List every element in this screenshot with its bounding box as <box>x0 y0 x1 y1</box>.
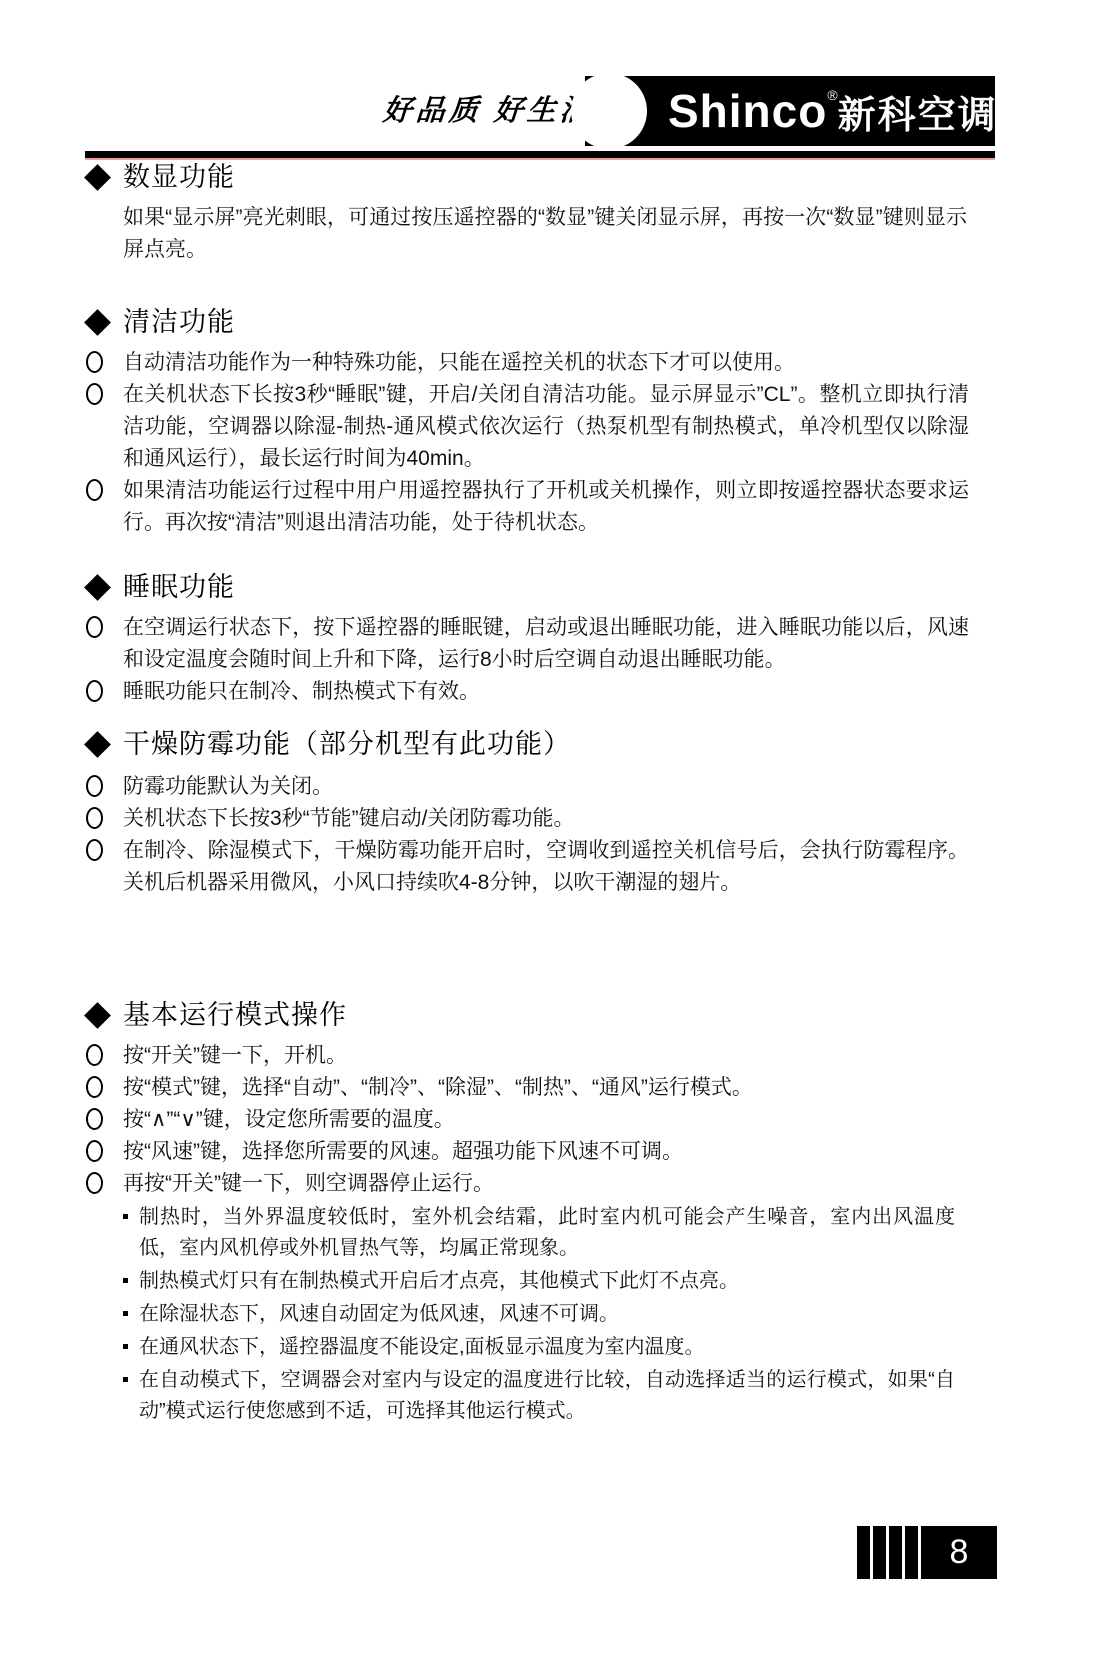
notes-list: 制热时，当外界温度较低时，室外机会结霜，此时室内机可能会产生噪音，室内出风温度低… <box>123 1202 995 1429</box>
note-item: 制热模式灯只有在制热模式开启后才点亮，其他模式下此灯不点亮。 <box>123 1266 995 1299</box>
footer-bar-icon <box>889 1526 902 1579</box>
section-title: 清洁功能 <box>123 305 235 339</box>
section-dry-antimold: 干燥防霉功能（部分机型有此功能） 防霉功能默认为关闭。 关机状态下长按3秒“节能… <box>85 727 995 899</box>
brand-logo: Shinco®新科空调 <box>668 76 998 146</box>
list-item-text: 关机状态下长按3秒“节能”键启动/关闭防霉功能。 <box>123 803 995 835</box>
diamond-bullet-icon <box>84 574 111 601</box>
brand-name-en: Shinco <box>668 84 827 138</box>
section-digital-display: 数显功能 如果“显示屏”亮光刺眼，可通过按压遥控器的“数显”键关闭显示屏，再按一… <box>85 160 995 266</box>
list-item: 睡眠功能只在制冷、制热模式下有效。 <box>85 676 995 708</box>
footer-bar-icon <box>905 1526 918 1579</box>
dot-bullet-icon <box>123 1377 128 1382</box>
section-title: 基本运行模式操作 <box>123 998 347 1032</box>
circle-bullet-icon <box>86 1108 103 1130</box>
note-item: 制热时，当外界温度较低时，室外机会结霜，此时室内机可能会产生噪音，室内出风温度低… <box>123 1202 995 1266</box>
list-item-text: 按“开关”键一下，开机。 <box>123 1040 995 1072</box>
page-number-badge: 8 <box>921 1526 997 1579</box>
list-item: 关机状态下长按3秒“节能”键启动/关闭防霉功能。 <box>85 803 995 835</box>
footer-bar-icon <box>857 1526 870 1579</box>
list-item-text: 防霉功能默认为关闭。 <box>123 771 995 803</box>
list-item: 在关机状态下长按3秒“睡眠”键，开启/关闭自清洁功能。显示屏显示”CL”。整机立… <box>85 379 995 475</box>
circle-bullet-icon <box>86 1172 103 1194</box>
list-item: 自动清洁功能作为一种特殊功能，只能在遥控关机的状态下才可以使用。 <box>85 347 995 379</box>
dot-bullet-icon <box>123 1214 128 1219</box>
note-item: 在自动模式下，空调器会对室内与设定的温度进行比较，自动选择适当的运行模式，如果“… <box>123 1365 995 1429</box>
footer-bar-icon <box>873 1526 886 1579</box>
diamond-bullet-icon <box>84 731 111 758</box>
dot-bullet-icon <box>123 1311 128 1316</box>
circle-bullet-icon <box>86 839 103 861</box>
section-title: 干燥防霉功能（部分机型有此功能） <box>123 727 571 761</box>
list-item: 防霉功能默认为关闭。 <box>85 771 995 803</box>
list-item-text: 在制冷、除湿模式下，干燥防霉功能开启时，空调收到遥控关机信号后，会执行防霉程序。… <box>123 835 995 899</box>
section-cleaning: 清洁功能 自动清洁功能作为一种特殊功能，只能在遥控关机的状态下才可以使用。 在关… <box>85 305 995 539</box>
list-item-text: 按“风速”键，选择您所需要的风速。超强功能下风速不可调。 <box>123 1136 995 1168</box>
note-text: 在自动模式下，空调器会对室内与设定的温度进行比较，自动选择适当的运行模式，如果“… <box>139 1365 995 1427</box>
dot-bullet-icon <box>123 1278 128 1283</box>
list-item: 按“∧”“∨”键，设定您所需要的温度。 <box>85 1104 995 1136</box>
list-item-text: 按“∧”“∨”键，设定您所需要的温度。 <box>123 1104 995 1136</box>
circle-bullet-icon <box>86 1044 103 1066</box>
list-item-text: 再按“开关”键一下，则空调器停止运行。 <box>123 1168 995 1200</box>
section-title: 睡眠功能 <box>123 570 235 604</box>
circle-bullet-icon <box>86 1140 103 1162</box>
circle-bullet-icon <box>86 807 103 829</box>
list-item-text: 按“模式”键，选择“自动”、“制冷”、“除湿”、“制热”、“通风”运行模式。 <box>123 1072 995 1104</box>
circle-bullet-icon <box>86 616 103 638</box>
list-item-text: 在关机状态下长按3秒“睡眠”键，开启/关闭自清洁功能。显示屏显示”CL”。整机立… <box>123 379 995 475</box>
list-item: 在制冷、除湿模式下，干燥防霉功能开启时，空调收到遥控关机信号后，会执行防霉程序。… <box>85 835 995 899</box>
circle-bullet-icon <box>86 775 103 797</box>
note-text: 在通风状态下，遥控器温度不能设定,面板显示温度为室内温度。 <box>139 1332 995 1363</box>
list-item: 在空调运行状态下，按下遥控器的睡眠键，启动或退出睡眠功能，进入睡眠功能以后，风速… <box>85 612 995 676</box>
diamond-bullet-icon <box>84 164 111 191</box>
list-item: 按“风速”键，选择您所需要的风速。超强功能下风速不可调。 <box>85 1136 995 1168</box>
circle-bullet-icon <box>86 1076 103 1098</box>
note-text: 在除湿状态下，风速自动固定为低风速，风速不可调。 <box>139 1299 995 1330</box>
brand-name-cn: 新科空调 <box>838 84 998 139</box>
diamond-bullet-icon <box>84 1002 111 1029</box>
brand-slogan: 好品质 好生活 <box>382 88 595 129</box>
circle-bullet-icon <box>86 383 103 405</box>
list-item-text: 在空调运行状态下，按下遥控器的睡眠键，启动或退出睡眠功能，进入睡眠功能以后，风速… <box>123 612 995 676</box>
circle-bullet-icon <box>86 351 103 373</box>
diamond-bullet-icon <box>84 309 111 336</box>
registered-mark-icon: ® <box>827 87 837 103</box>
list-item-text: 自动清洁功能作为一种特殊功能，只能在遥控关机的状态下才可以使用。 <box>123 347 995 379</box>
list-item: 如果清洁功能运行过程中用户用遥控器执行了开机或关机操作，则立即按遥控器状态要求运… <box>85 475 995 539</box>
footer-page-block: 8 <box>857 1526 997 1579</box>
list-item: 按“开关”键一下，开机。 <box>85 1040 995 1072</box>
section-sleep: 睡眠功能 在空调运行状态下，按下遥控器的睡眠键，启动或退出睡眠功能，进入睡眠功能… <box>85 570 995 708</box>
brand-logo-notch <box>571 73 647 149</box>
section-title: 数显功能 <box>123 160 235 194</box>
list-item-text: 睡眠功能只在制冷、制热模式下有效。 <box>123 676 995 708</box>
list-item-text: 如果清洁功能运行过程中用户用遥控器执行了开机或关机操作，则立即按遥控器状态要求运… <box>123 475 995 539</box>
section-paragraph: 如果“显示屏”亮光刺眼，可通过按压遥控器的“数显”键关闭显示屏，再按一次“数显”… <box>123 202 995 266</box>
circle-bullet-icon <box>86 479 103 501</box>
section-basic-operation: 基本运行模式操作 按“开关”键一下，开机。 按“模式”键，选择“自动”、“制冷”… <box>85 998 995 1429</box>
note-text: 制热时，当外界温度较低时，室外机会结霜，此时室内机可能会产生噪音，室内出风温度低… <box>139 1202 995 1264</box>
note-item: 在通风状态下，遥控器温度不能设定,面板显示温度为室内温度。 <box>123 1332 995 1365</box>
note-item: 在除湿状态下，风速自动固定为低风速，风速不可调。 <box>123 1299 995 1332</box>
list-item: 再按“开关”键一下，则空调器停止运行。 <box>85 1168 995 1200</box>
circle-bullet-icon <box>86 680 103 702</box>
header-rule <box>85 151 995 158</box>
list-item: 按“模式”键，选择“自动”、“制冷”、“除湿”、“制热”、“通风”运行模式。 <box>85 1072 995 1104</box>
note-text: 制热模式灯只有在制热模式开启后才点亮，其他模式下此灯不点亮。 <box>139 1266 995 1297</box>
dot-bullet-icon <box>123 1344 128 1349</box>
